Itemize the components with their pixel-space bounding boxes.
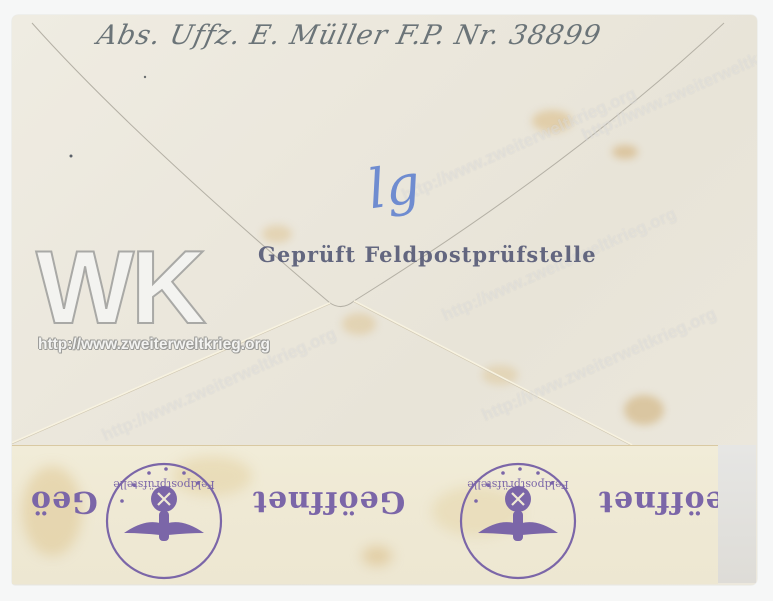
stain <box>362 546 392 566</box>
stamp-text: Feldpostprüfstelle <box>113 478 214 491</box>
geoeffnet-label: Geöffnet <box>252 484 405 519</box>
stamp-text: Feldpostprüfstelle <box>467 478 568 491</box>
wk-watermark-logo: WK <box>36 236 203 340</box>
envelope-corner-under-tape <box>718 445 756 583</box>
examiner-handstamp: Geprüft Feldpostprüfstelle <box>258 242 597 267</box>
sender-handwriting: Abs. Uffz. E. Müller F.P. Nr. 38899 <box>89 20 641 75</box>
geoeffnet-label: Geö <box>30 484 98 519</box>
watermark-url: http://www.zweiterweltkrieg.org <box>38 336 270 354</box>
censor-stamp: Feldpostprüfstelle <box>458 461 578 581</box>
blue-pencil-mark: lg <box>364 157 423 218</box>
censor-stamp: Feldpostprüfstelle <box>104 461 224 581</box>
envelope-scan: http://www.zweiterweltkrieg.org http://w… <box>0 0 773 601</box>
geoeffnet-label: eöffnet <box>598 484 718 519</box>
censor-tape: Geö Geöffnet eöffnet Feldpostprüfstelle <box>12 445 718 584</box>
